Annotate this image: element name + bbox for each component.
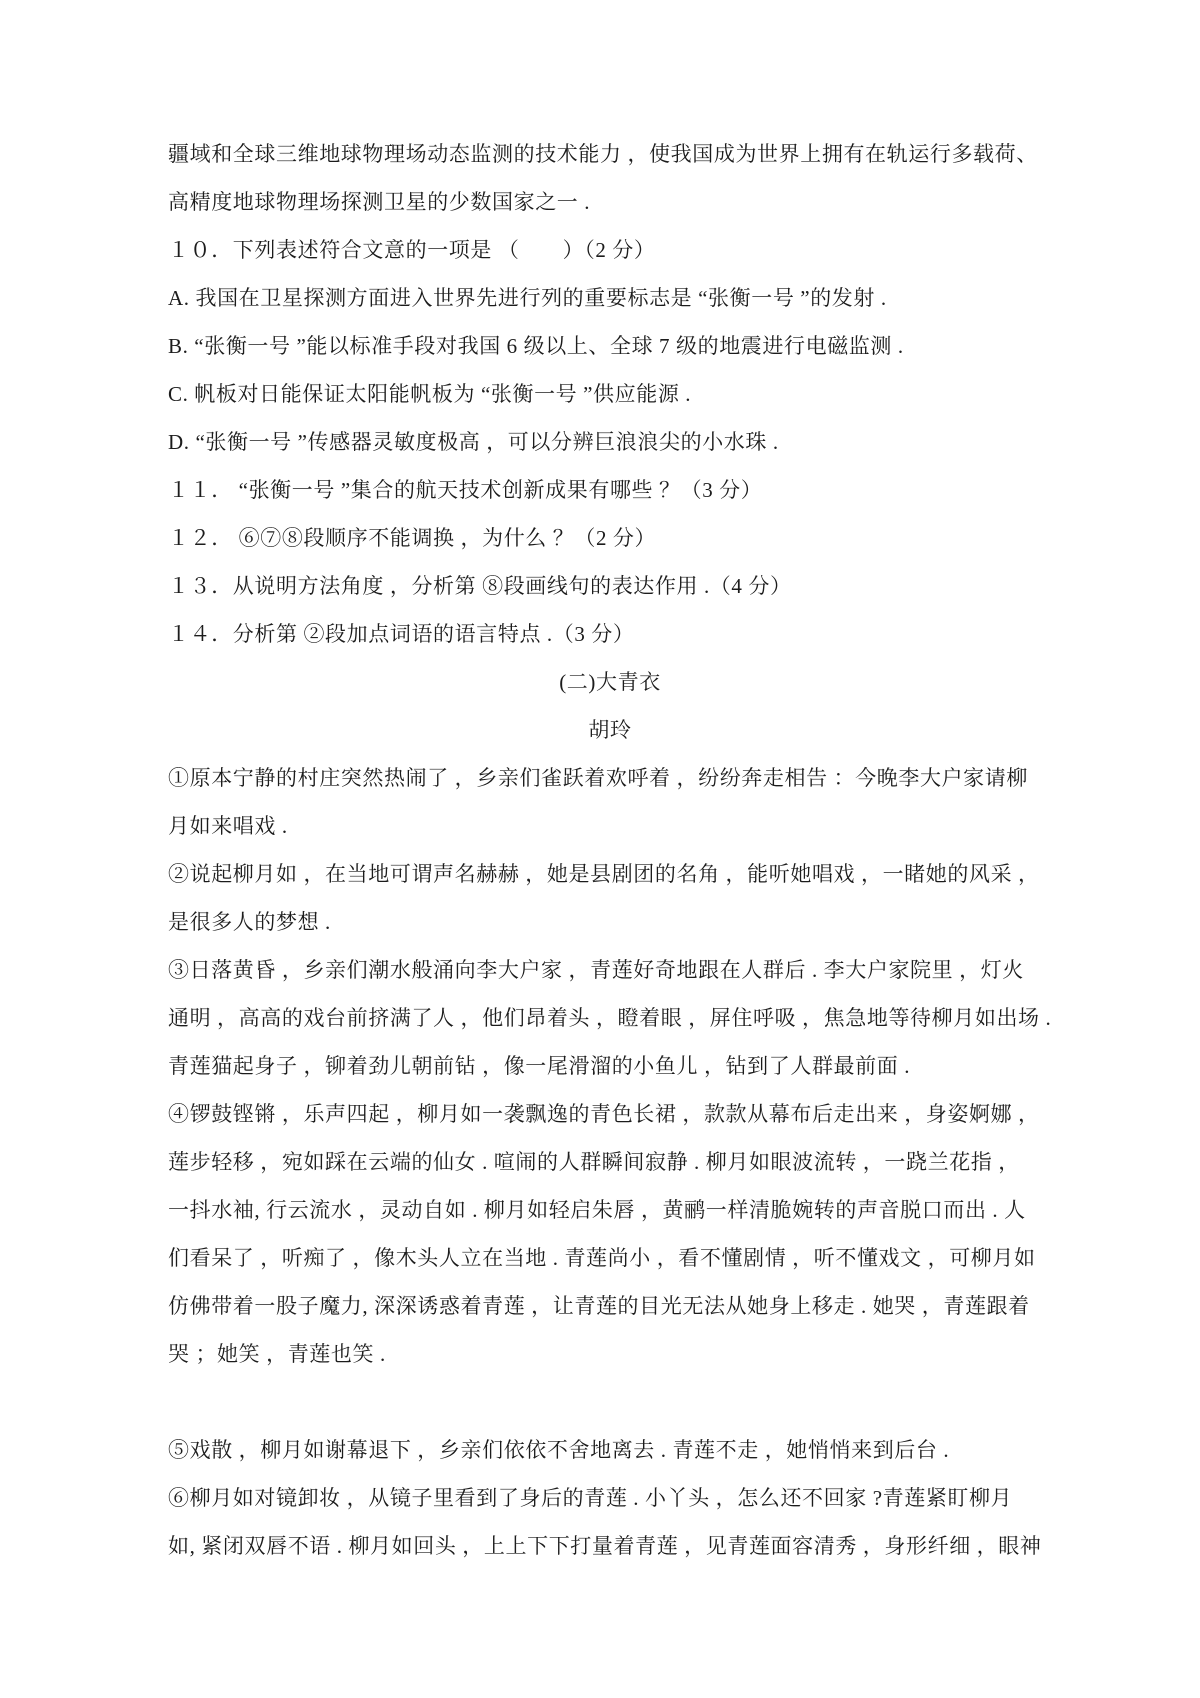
story-para4-line1: ④锣鼓铿锵 ，乐声四起 ，柳月如一袭飘逸的青色长裙 ，款款从幕布后走出来 ，身姿… <box>168 1090 1052 1138</box>
story-para4-line5: 仿佛带着一股子魔力, 深深诱惑着青莲 ，让青莲的目光无法从她身上移走 . 她哭 … <box>168 1282 1052 1330</box>
question-14: １４．分析第 ②段加点词语的语言特点 .（3 分） <box>168 610 1052 658</box>
story-para4-line3: 一抖水袖, 行云流水 ，灵动自如 . 柳月如轻启朱唇 ，黄鹂一样清脆婉转的声音脱… <box>168 1186 1052 1234</box>
story-para2-line2: 是很多人的梦想 . <box>168 898 1052 946</box>
story-para3-line2: 通明 ，高高的戏台前挤满了人 ，他们昂着头 ，瞪着眼 ，屏住呼吸 ，焦急地等待柳… <box>168 994 1052 1042</box>
document-page: 疆域和全球三维地球物理场动态监测的技术能力 ，使我国成为世界上拥有在轨运行多载荷… <box>0 0 1200 1698</box>
story-para4-line6: 哭 ；她笑 ，青莲也笑 . <box>168 1330 1052 1378</box>
author-name: 胡玲 <box>168 706 1052 754</box>
question-10-option-d: D. “张衡一号 ”传感器灵敏度极高 ，可以分辨巨浪浪尖的小水珠 . <box>168 418 1052 466</box>
story-para2-line1: ②说起柳月如 ，在当地可谓声名赫赫 ，她是县剧团的名角 ，能听她唱戏 ，一睹她的… <box>168 850 1052 898</box>
blank-line <box>168 1378 1052 1426</box>
story-para3-line1: ③日落黄昏 ，乡亲们潮水般涌向李大户家 ，青莲好奇地跟在人群后 . 李大户家院里… <box>168 946 1052 994</box>
story-para3-line3: 青莲猫起身子 ，铆着劲儿朝前钻 ，像一尾滑溜的小鱼儿 ，钻到了人群最前面 . <box>168 1042 1052 1090</box>
story-para5-line1: ⑤戏散 ，柳月如谢幕退下 ，乡亲们依依不舍地离去 . 青莲不走 ，她悄悄来到后台… <box>168 1426 1052 1474</box>
intro-line-2: 高精度地球物理场探测卫星的少数国家之一 . <box>168 178 1052 226</box>
story-para6-line2: 如, 紧闭双唇不语 . 柳月如回头 ，上上下下打量着青莲 ，见青莲面容清秀 ，身… <box>168 1522 1052 1570</box>
story-para4-line2: 莲步轻移 ，宛如踩在云端的仙女 . 喧闹的人群瞬间寂静 . 柳月如眼波流转 ，一… <box>168 1138 1052 1186</box>
reading-section-title: (二)大青衣 <box>168 658 1052 706</box>
story-para1-line1: ①原本宁静的村庄突然热闹了 ，乡亲们雀跃着欢呼着 ，纷纷奔走相告 ：今晚李大户家… <box>168 754 1052 802</box>
question-13: １３．从说明方法角度 ，分析第 ⑧段画线句的表达作用 .（4 分） <box>168 562 1052 610</box>
story-para1-line2: 月如来唱戏 . <box>168 802 1052 850</box>
question-10-stem: １０．下列表述符合文意的一项是 （ ）（2 分） <box>168 226 1052 274</box>
intro-line-1: 疆域和全球三维地球物理场动态监测的技术能力 ，使我国成为世界上拥有在轨运行多载荷… <box>168 130 1052 178</box>
story-para4-line4: 们看呆了 ，听痴了 ，像木头人立在当地 . 青莲尚小 ，看不懂剧情 ，听不懂戏文… <box>168 1234 1052 1282</box>
question-11: １１． “张衡一号 ”集合的航天技术创新成果有哪些 ？（3 分） <box>168 466 1052 514</box>
story-para6-line1: ⑥柳月如对镜卸妆 ，从镜子里看到了身后的青莲 . 小丫头 ，怎么还不回家 ?青莲… <box>168 1474 1052 1522</box>
question-12: １２． ⑥⑦⑧段顺序不能调换 ，为什么 ？（2 分） <box>168 514 1052 562</box>
question-10-option-c: C. 帆板对日能保证太阳能帆板为 “张衡一号 ”供应能源 . <box>168 370 1052 418</box>
question-10-option-b: B. “张衡一号 ”能以标准手段对我国 6 级以上、全球 7 级的地震进行电磁监… <box>168 322 1052 370</box>
page-content: 疆域和全球三维地球物理场动态监测的技术能力 ，使我国成为世界上拥有在轨运行多载荷… <box>0 0 1200 1570</box>
question-10-option-a: A. 我国在卫星探测方面进入世界先进行列的重要标志是 “张衡一号 ”的发射 . <box>168 274 1052 322</box>
